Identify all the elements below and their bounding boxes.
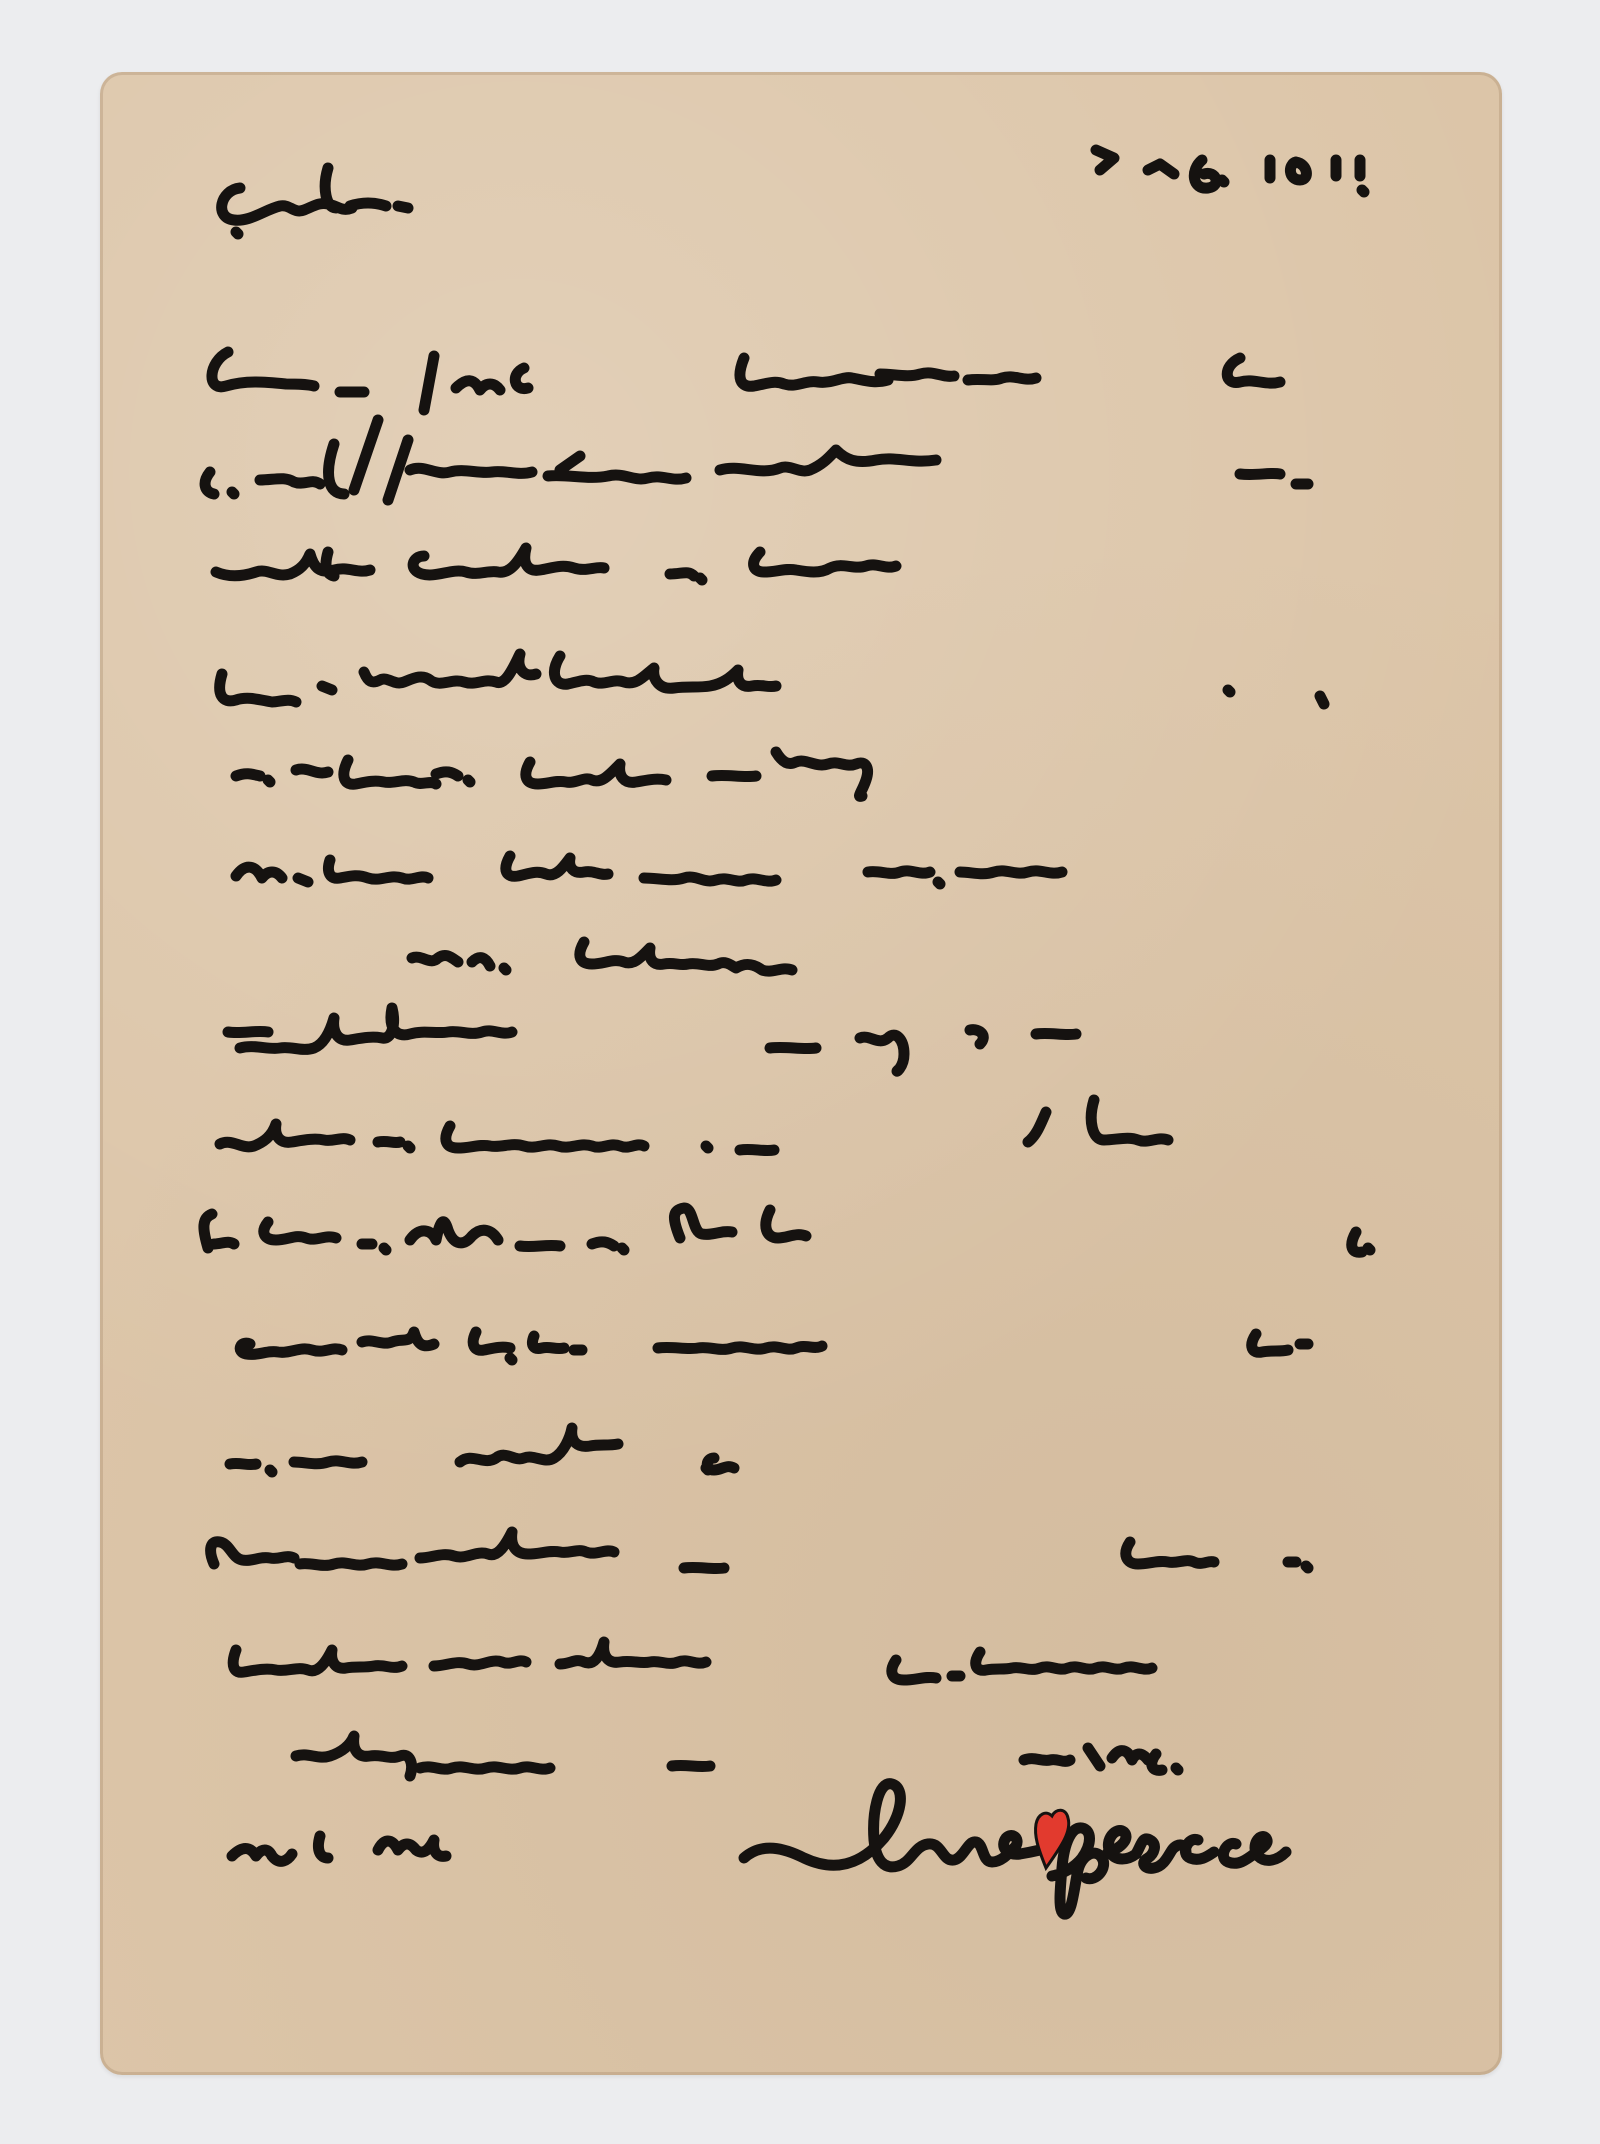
line-8 bbox=[228, 1008, 1076, 1071]
line-7 bbox=[412, 942, 792, 971]
line-3 bbox=[216, 548, 896, 580]
signoff-love-scribble bbox=[744, 1784, 1054, 1867]
line-9 bbox=[220, 1100, 1168, 1151]
rug: 7-6.2011 love peace bbox=[100, 72, 1502, 2075]
line-5 bbox=[236, 752, 868, 796]
line-12 bbox=[230, 1428, 734, 1472]
line-6 bbox=[236, 856, 1062, 884]
line-1 bbox=[212, 352, 1280, 410]
date-text: 7-6.2011 bbox=[100, 72, 101, 73]
date-scribble bbox=[1096, 150, 1364, 192]
line-10 bbox=[204, 1208, 1370, 1252]
line-2 bbox=[205, 420, 1308, 500]
line-15 bbox=[296, 1736, 1178, 1776]
line-13 bbox=[211, 1532, 1308, 1569]
greeting-scribble bbox=[222, 168, 408, 234]
line-4 bbox=[220, 654, 1324, 704]
line-14 bbox=[233, 1642, 1152, 1680]
handwriting-scribble bbox=[100, 72, 1502, 2075]
signoff-peace-scribble bbox=[1052, 1828, 1286, 1914]
line-16 bbox=[232, 1836, 446, 1861]
line-11 bbox=[240, 1332, 1308, 1360]
